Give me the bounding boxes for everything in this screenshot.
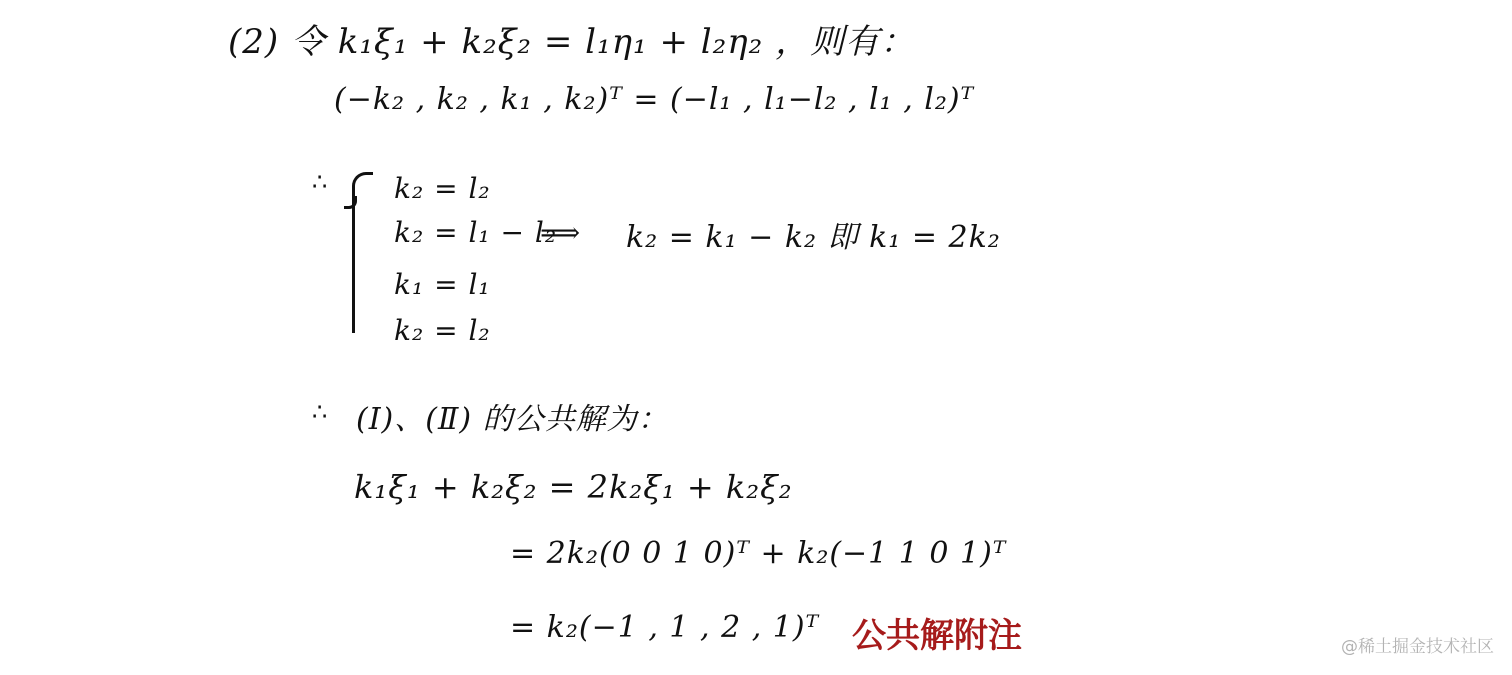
system-equation-2: k₂ = l₁ − l₂ [394, 216, 557, 249]
common-solution-step-2: = 2k₂(0 0 1 0)ᵀ + k₂(−1 1 0 1)ᵀ [510, 536, 1006, 571]
implies-arrow-icon: ⟹ [540, 216, 581, 249]
red-annotation: 公共解附注 [852, 608, 1022, 657]
vector-equation-line: (−k₂ , k₂ , k₁ , k₂)ᵀ = (−l₁ , l₁−l₂ , l… [334, 82, 974, 117]
common-solution-step-1: k₁ξ₁ + k₂ξ₂ = 2k₂ξ₁ + k₂ξ₂ [354, 468, 793, 506]
therefore-symbol: ∴ [312, 168, 328, 196]
system-equation-3: k₁ = l₁ [394, 268, 491, 301]
system-conclusion: k₂ = k₁ − k₂ 即 k₁ = 2k₂ [626, 212, 1001, 256]
watermark: @稀土掘金技术社区 [1341, 632, 1494, 657]
system-equation-4: k₂ = l₂ [394, 314, 491, 347]
common-solution-step-3: = k₂(−1 , 1 , 2 , 1)ᵀ [510, 610, 819, 645]
part2-intro-line: (2) 令 k₁ξ₁ + k₂ξ₂ = l₁η₁ + l₂η₂ ，则有： [228, 14, 915, 63]
therefore-symbol-2: ∴ [312, 398, 328, 426]
system-equation-1: k₂ = l₂ [394, 172, 491, 205]
common-solution-heading: (Ⅰ)、(Ⅱ) 的公共解为： [356, 394, 669, 438]
